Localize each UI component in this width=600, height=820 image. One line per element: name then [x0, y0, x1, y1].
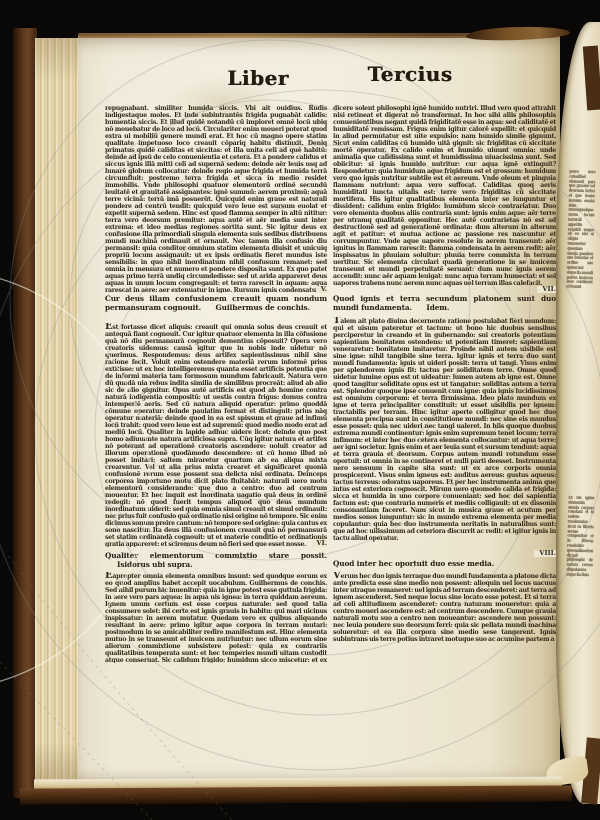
- running-head-tercius: Tercius: [368, 62, 453, 86]
- chapter-v-body: repugnabant. similiter humida siccis. Vb…: [105, 105, 327, 293]
- chapter-vi-heading: Cur deus illam confusionem creauit quam …: [105, 295, 327, 322]
- left-page: Liber Tercius repugnabant. similiter hum…: [78, 36, 560, 780]
- attribution-idem: Idem.: [426, 303, 449, 312]
- text-column-left: repugnabant. similiter humida siccis. Vb…: [105, 105, 327, 663]
- bottom-cover-edge: [20, 785, 572, 804]
- running-head-liber: Liber: [227, 66, 288, 90]
- chapter-vii-body-end: dicere solent philosophi ignē humido nut…: [333, 105, 556, 293]
- facing-page-text-upper: porro uero cuiuslibet elementi pars que …: [562, 170, 595, 437]
- chapter-numeral-v: V.: [316, 286, 327, 293]
- page-stack-fore-edge: [35, 38, 80, 786]
- facing-page-text-lower: Ex his igitur elementis omnia corpora co…: [563, 496, 594, 687]
- attribution-isidorus: Isidorus ubi supra.: [117, 560, 193, 569]
- chapter-viii-heading: Quod ignis et terra secundum platonem su…: [333, 295, 556, 314]
- chapter-ix-heading: Quod inter hec oportuit duo esse media.: [333, 560, 556, 570]
- chapter-viii-body: Talem ait plato diuina decernente ration…: [333, 317, 556, 557]
- left-cover-edge: [13, 28, 37, 798]
- book-photo: { "running_heads": { "left": "Liber", "r…: [0, 0, 600, 820]
- chapter-vi-body: Est fortasse dicet aliquis: creauit qui …: [105, 323, 327, 547]
- chapter-ix-body-start: Verum hec duo ignis terraque duo mundi f…: [333, 572, 556, 668]
- chapter-numeral-vii: VII.: [537, 286, 556, 293]
- chapter-vii-body-start: Eapropter omnia elementa omnibus insunt:…: [105, 572, 327, 663]
- chapter-vii-heading-left: Qualiter elementorum commixtio stare pos…: [105, 552, 327, 570]
- chapter-numeral-vi: VI.: [312, 540, 328, 547]
- attribution-guilhermus: Guilhermus de conchis.: [216, 303, 310, 312]
- chapter-numeral-viii: VIII.: [534, 550, 556, 557]
- text-column-right: dicere solent philosophi ignē humido nut…: [333, 105, 556, 668]
- facing-page: porro uero cuiuslibet elementi pars que …: [556, 22, 600, 804]
